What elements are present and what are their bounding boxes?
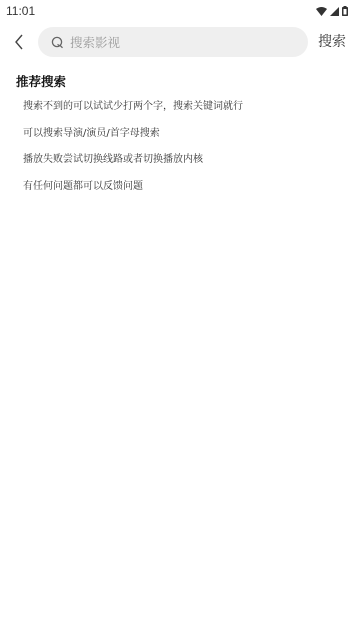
search-button[interactable]: 搜索 xyxy=(318,27,346,57)
tip-item: 搜索不到的可以试试少打两个字，搜索关键词就行 xyxy=(23,100,243,127)
wifi-icon xyxy=(316,7,327,16)
tips-list: 搜索不到的可以试试少打两个字，搜索关键词就行 可以搜索导演/演员/首字母搜索 播… xyxy=(23,100,243,206)
battery-icon xyxy=(342,6,348,16)
search-icon xyxy=(51,36,64,49)
signal-icon xyxy=(330,7,339,16)
status-time: 11:01 xyxy=(6,4,35,18)
status-icons xyxy=(316,6,354,16)
status-bar: 11:01 xyxy=(0,0,360,22)
search-box[interactable] xyxy=(38,27,308,57)
search-input[interactable] xyxy=(68,34,292,51)
section-title-recommend: 推荐搜索 xyxy=(16,72,66,90)
tip-item: 播放失败尝试切换线路或者切换播放内核 xyxy=(23,153,243,180)
search-header: 搜索 xyxy=(0,27,360,57)
tip-item: 可以搜索导演/演员/首字母搜索 xyxy=(23,127,243,154)
back-button[interactable] xyxy=(0,27,38,57)
chevron-left-icon xyxy=(14,34,24,50)
tip-item: 有任何问题都可以反馈问题 xyxy=(23,180,243,207)
